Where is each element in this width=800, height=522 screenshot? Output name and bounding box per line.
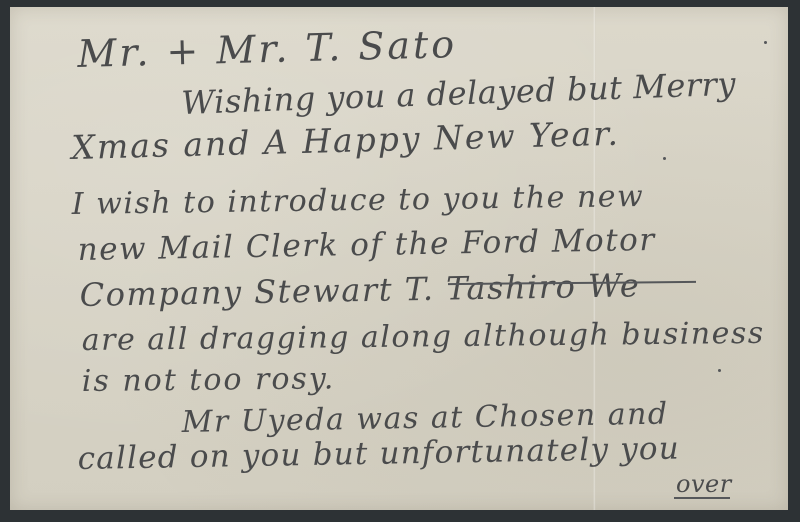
body-line-dragging: are all dragging along although business	[82, 316, 765, 358]
ink-speck	[718, 369, 721, 372]
ink-speck	[663, 157, 666, 160]
underline-over	[674, 497, 730, 499]
body-line-rosy: is not too rosy.	[82, 361, 336, 399]
document-frame: Mr. + Mr. T. Sato Wishing you a delayed …	[0, 0, 800, 522]
page-turn-note: over	[676, 470, 732, 498]
ink-speck	[764, 41, 767, 44]
